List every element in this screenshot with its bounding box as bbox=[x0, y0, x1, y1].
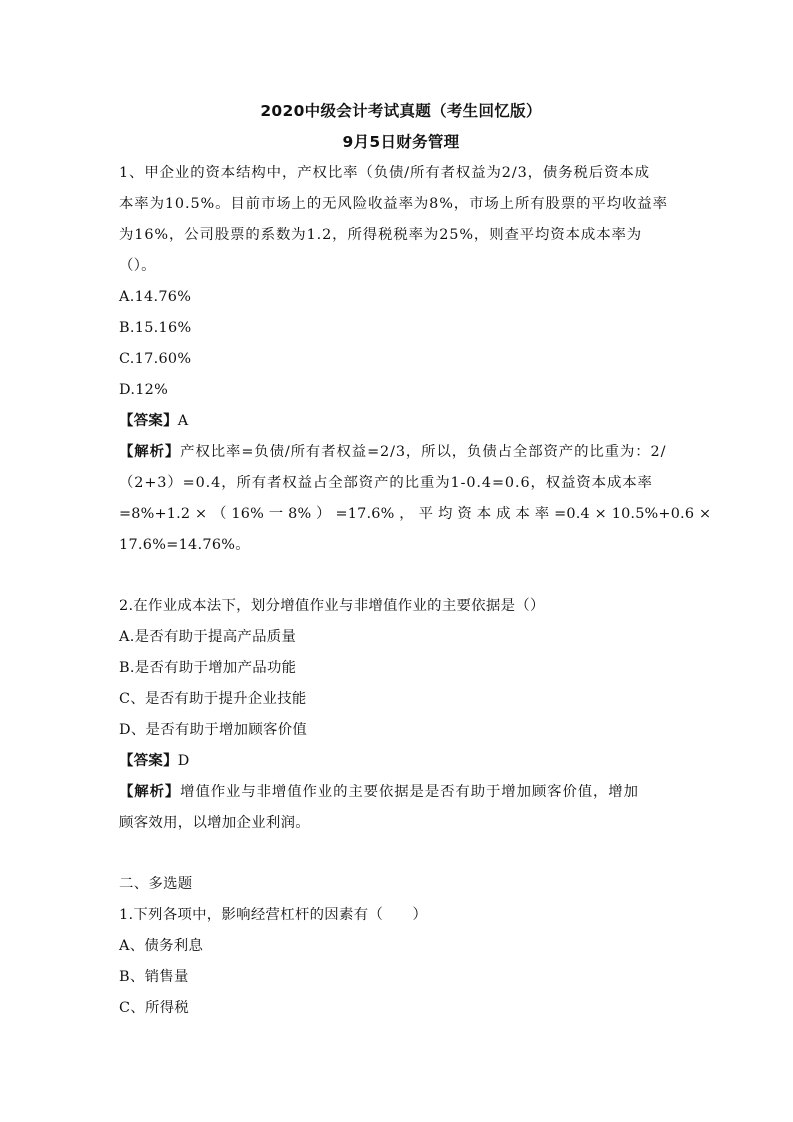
spacer bbox=[119, 561, 683, 591]
option-c: C、是否有助于提升企业技能 bbox=[119, 684, 683, 715]
answer-line: 【答案】A bbox=[119, 406, 683, 437]
answer-value: A bbox=[178, 413, 189, 429]
analysis-line: 顾客效用，以增加企业利润。 bbox=[119, 808, 683, 839]
option-c: C、所得税 bbox=[119, 993, 683, 1024]
answer-value: D bbox=[178, 753, 190, 769]
document-title: 2020中级会计考试真题（考生回忆版） bbox=[119, 96, 683, 127]
analysis-line: 【解析】增值作业与非增值作业的主要依据是是否有助于增加顾客价值，增加 bbox=[119, 777, 683, 808]
option-a: A、债务利息 bbox=[119, 931, 683, 962]
question-stem-line: 2.在作业成本法下，划分增值作业与非增值作业的主要依据是（） bbox=[119, 591, 683, 622]
analysis-label: 【解析】 bbox=[119, 444, 180, 460]
analysis-label: 【解析】 bbox=[119, 784, 180, 800]
question-stem-line: 为16%，公司股票的系数为1.2，所得税税率为25%，则查平均资本成本率为 bbox=[119, 220, 683, 251]
question-stem-line: 1.下列各项中，影响经营杠杆的因素有（ ） bbox=[119, 900, 683, 931]
analysis-line: 17.6%=14.76%。 bbox=[119, 530, 683, 561]
analysis-text: 增值作业与非增值作业的主要依据是是否有助于增加顾客价值，增加 bbox=[180, 784, 639, 800]
analysis-line: 【解析】产权比率=负债/所有者权益=2/3，所以，负债占全部资产的比重为：2/ bbox=[119, 437, 683, 468]
question-2: 2.在作业成本法下，划分增值作业与非增值作业的主要依据是（） A.是否有助于提高… bbox=[119, 591, 683, 839]
option-d: D、是否有助于增加顾客价值 bbox=[119, 715, 683, 746]
document-page: 2020中级会计考试真题（考生回忆版） 9月5日财务管理 1、甲企业的资本结构中… bbox=[119, 96, 683, 1024]
answer-label: 【答案】 bbox=[119, 753, 178, 769]
option-b: B、销售量 bbox=[119, 962, 683, 993]
question-stem-line: 1、甲企业的资本结构中，产权比率（负债/所有者权益为2/3，债务税后资本成 bbox=[119, 158, 683, 189]
option-a: A.是否有助于提高产品质量 bbox=[119, 622, 683, 653]
question-stem-line: （）。 bbox=[119, 251, 683, 282]
option-c: C.17.60% bbox=[119, 344, 683, 375]
section-multiple-choice: 二、多选题 1.下列各项中，影响经营杠杆的因素有（ ） A、债务利息 B、销售量… bbox=[119, 869, 683, 1024]
section-heading: 二、多选题 bbox=[119, 869, 683, 900]
analysis-line: =8%+1.2 × （ 16% 一 8% ） =17.6% ， 平 均 资 本 … bbox=[119, 499, 683, 530]
option-b: B.15.16% bbox=[119, 313, 683, 344]
option-b: B.是否有助于增加产品功能 bbox=[119, 653, 683, 684]
analysis-line: （2+3）=0.4，所有者权益占全部资产的比重为1-0.4=0.6，权益资本成本… bbox=[119, 468, 683, 499]
answer-line: 【答案】D bbox=[119, 746, 683, 777]
question-stem-line: 本率为10.5%。目前市场上的无风险收益率为8%，市场上所有股票的平均收益率 bbox=[119, 189, 683, 220]
document-subtitle: 9月5日财务管理 bbox=[119, 127, 683, 158]
question-1: 1、甲企业的资本结构中，产权比率（负债/所有者权益为2/3，债务税后资本成 本率… bbox=[119, 158, 683, 561]
analysis-text: 产权比率=负债/所有者权益=2/3，所以，负债占全部资产的比重为：2/ bbox=[180, 444, 666, 460]
answer-label: 【答案】 bbox=[119, 413, 178, 429]
option-a: A.14.76% bbox=[119, 282, 683, 313]
spacer bbox=[119, 839, 683, 869]
option-d: D.12% bbox=[119, 375, 683, 406]
